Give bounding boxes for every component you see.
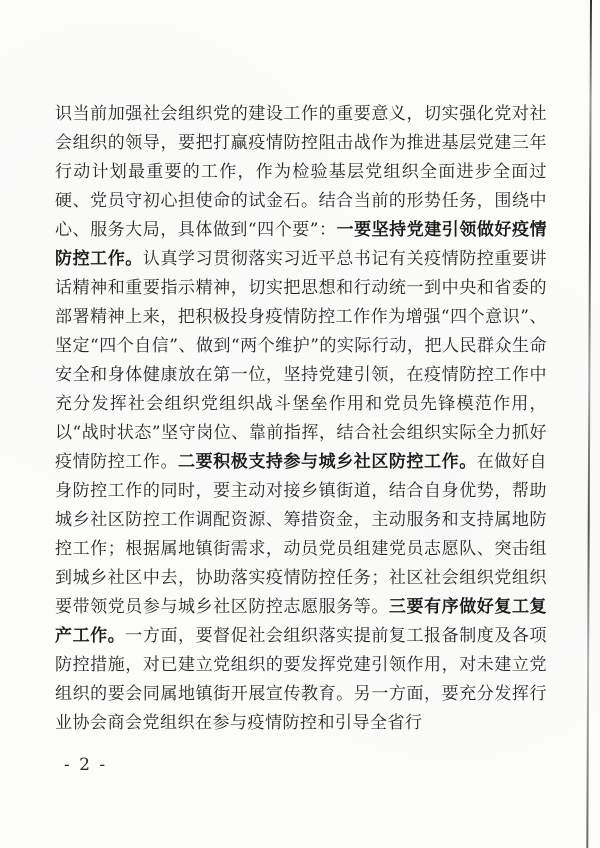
document-page: 识当前加强社会组织党的建设工作的重要意义，切实强化党对社会组织的领导，要把打赢疫… xyxy=(0,0,600,848)
body-paragraph: 识当前加强社会组织党的建设工作的重要意义，切实强化党对社会组织的领导，要把打赢疫… xyxy=(55,100,547,738)
paragraph-segment: 认真学习贯彻落实习近平总书记有关疫情防控重要讲话精神和重要指示精神，切实把思想和… xyxy=(55,249,547,472)
paragraph-segment: 在做好自身防控工作的同时，要主动对接乡镇街道，结合自身优势，帮助城乡社区防控工作… xyxy=(55,452,547,617)
page-number: - 2 - xyxy=(64,755,107,775)
scan-artifact-line xyxy=(586,0,592,848)
paragraph-segment-emphasis: 二要积极支持参与城乡社区防控工作。 xyxy=(178,452,477,472)
paragraph-segment: 一方面，要督促社会组织落实提前复工报备制度及各项防控措施，对已建立党组织的要发挥… xyxy=(55,626,547,733)
